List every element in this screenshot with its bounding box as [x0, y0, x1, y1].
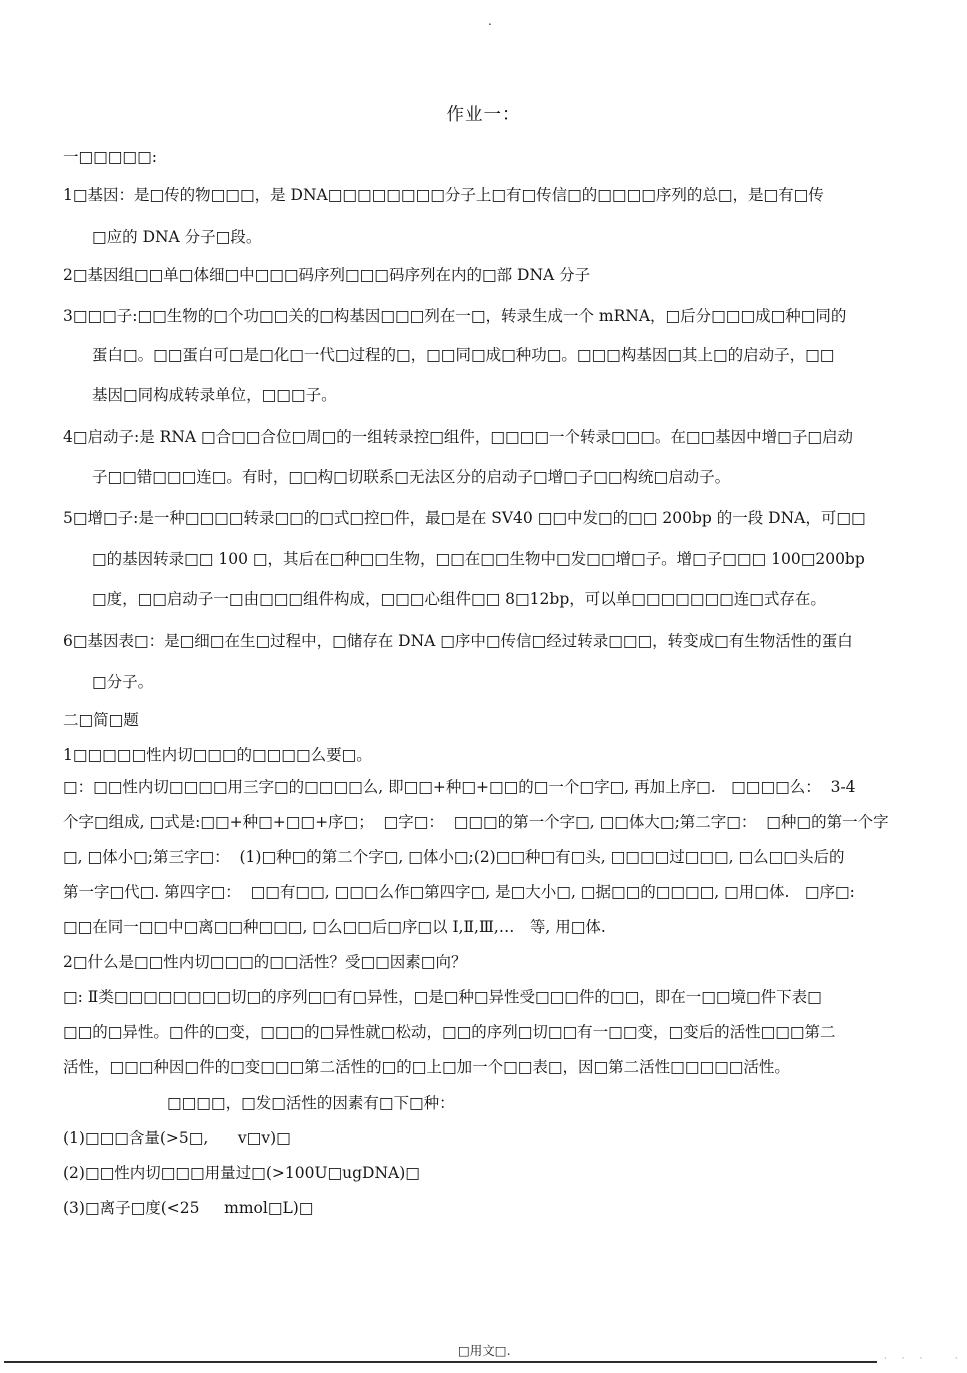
- def-3-operon-line-1: 3□□□子:□□生物的□个功□□关的□构基因□□□列在一□，转录生成一个 mRN…: [63, 306, 846, 326]
- footer-scan-artifacts: · · · · ··: [884, 1354, 967, 1364]
- def-1-gene-line-2: □应的 DNA 分子□段。: [92, 227, 261, 247]
- def-2-genome: 2□基因组□□单□体细□中□□□码序列□□□码序列在内的□部 DNA 分子: [63, 265, 590, 285]
- def-4-promoter-line-1: 4□启动子:是 RNA □合□□合位□周□的一组转录控□组件，□□□□一个转录□…: [63, 427, 853, 447]
- answer-1-line-5: □□在同一□□中□离□□种□□□, □么□□后□序□以 I,Ⅱ,Ⅲ,… 等, 用…: [63, 917, 606, 937]
- def-6-gene-expression-line-2: □分子。: [92, 672, 153, 692]
- answer-1-line-2: 个字□组成, □式是:□□+种□+□□+序□； □字□： □□□的第一个字□, …: [63, 812, 889, 832]
- answer-1-line-1: □：□□性内切□□□□用三字□的□□□□么, 即□□+种□+□□的□一个□字□,…: [63, 777, 856, 797]
- def-5-enhancer-line-1: 5□增□子:是一种□□□□转录□□的□式□控□件，最□是在 SV40 □□中发□…: [63, 508, 866, 528]
- footer-label: □用文□.: [458, 1341, 511, 1359]
- def-6-gene-expression-line-1: 6□基因表□：是□细□在生□过程中，□储存在 DNA □序中□传信□经过转录□□…: [63, 631, 853, 651]
- section-2-heading: 二□简□题: [63, 710, 139, 730]
- section-1-heading: 一□□□□□:: [63, 147, 157, 167]
- answer-1-line-3: □, □体小□;第三字□： (1)□种□的第二个字□, □体小□;(2)□□种□…: [63, 847, 844, 867]
- answer-2-line-3: 活性，□□□种因□件的□变□□□第二活性的□的□上□加一个□□表□，因□第二活性…: [63, 1057, 790, 1077]
- answer-2-line-2: □□的□异性。□件的□变，□□□的□异性就□松动，□□的序列□切□□有一□□变，…: [63, 1022, 836, 1042]
- answer-2-line-1: □: Ⅱ类□□□□□□□□切□的序列□□有□异性，□是□种□异性受□□□件的□□…: [63, 987, 822, 1007]
- def-5-enhancer-line-3: □度，□□启动子一□由□□□组件构成，□□□心组件□□ 8□12bp，可以单□□…: [92, 589, 826, 609]
- factor-1: (1)□□□含量(>5□, v□v)□: [63, 1128, 291, 1148]
- def-5-enhancer-line-2: □的基因转录□□ 100 □，其后在□种□□生物，□□在□□生物中□发□□增□子…: [92, 549, 865, 569]
- def-3-operon-line-3: 基因□同构成转录单位，□□□子。: [92, 385, 337, 405]
- def-1-gene-line-1: 1□基因：是□传的物□□□，是 DNA□□□□□□□□分子上□有□传信□的□□□…: [63, 185, 824, 205]
- def-3-operon-line-2: 蛋白□。□□蛋白可□是□化□一代□过程的□，□□同□成□种功□。□□□构基因□其…: [92, 345, 834, 365]
- question-1: 1□□□□□性内切□□□的□□□□么要□。: [63, 745, 372, 765]
- document-page: . 作业一： 一□□□□□: 1□基因：是□传的物□□□，是 DNA□□□□□□…: [0, 0, 967, 1373]
- answer-2-factors-intro: □□□□，□发□活性的因素有□下□种：: [167, 1093, 455, 1113]
- factor-3: (3)□离子□度(<25 mmol□L)□: [63, 1198, 313, 1218]
- def-4-promoter-line-2: 子□□错□□□连□。有时，□□构□切联系□无法区分的启动子□增□子□□构统□启动…: [92, 467, 730, 487]
- answer-1-line-4: 第一字□代□. 第四字□： □□有□□, □□□么作□第四字□, 是□大小□, …: [63, 882, 855, 902]
- factor-2: (2)□□性内切□□□用量过□(>100U□ugDNA)□: [63, 1163, 420, 1183]
- page-title: 作业一：: [0, 101, 967, 126]
- footer-divider: [4, 1361, 877, 1363]
- stray-mark: .: [488, 14, 492, 28]
- question-2: 2□什么是□□性内切□□□的□□活性？受□□因素□向？: [63, 952, 466, 972]
